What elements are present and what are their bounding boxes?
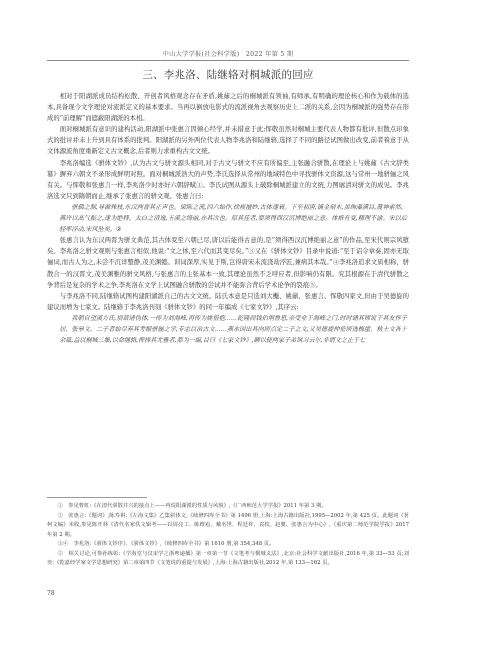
block-quote: 我朝自望溪方氏,别裁诸伪体,一传为刘海峰,再传为姚惜抱……乾隆间钱伯坰鲁思,亲受…: [47, 313, 409, 346]
footnote: ② 张惠言:《题词》,陈寿祺:《左海文集》乙集骈体文,《续修四库全书》第 149…: [47, 512, 409, 541]
block-quote: 骈偶之制,导源殊枝,东汉两晋其正声也。梁陈之流,四六始作,徐庾擅妙,古体遂衰。下…: [47, 202, 409, 235]
section-title: 三、李兆洛、陆继辂对桐城派的回应: [47, 67, 409, 82]
footnote: ③④ 李兆洛:《骈体文钞序》、《骈体文钞》,《续修四库全书》第 1610 册,第…: [47, 540, 409, 550]
paragraph: 与李兆洛不同,陆继辂试图构建阳湖派自己的古文文统。陆氏本意是只选刘大櫆、姚鼐、张…: [47, 291, 409, 313]
footnote: ⑤ 相关讨论,可参孙栋彰:《学海堂与汉宋学之浙粤递播》第一章第一节《文笔考与桐城…: [47, 550, 409, 569]
paragraph: 张惠言认为东汉两晋为骈文典范,其古体变至六朝已尽,唐以后能得古意的,是“须得西汉…: [47, 235, 409, 290]
footnote: ① 参见曹虹:《在清代骈散并兴的接点上——再说阳湖派的性质与风貌》,《广西师范大…: [47, 502, 409, 512]
footnote-rule: [47, 497, 147, 498]
header-rule: [47, 60, 409, 61]
page-number: 78: [47, 590, 55, 597]
paragraph: 李兆洛编选《骈体文钞》,认为古文与骈文源头相同,对于古文与骈文不应有所偏至,主张…: [47, 158, 409, 202]
body-text: 相对于阳湖派成员结构松散、开创者风格观念存在矛盾,姚鼐之后的桐城派有领袖,有师承…: [47, 91, 409, 346]
running-header: 中山大学学报(社会科学版) 2022 年第 5 期: [47, 49, 409, 58]
footnotes: ① 参见曹虹:《在清代骈散并兴的接点上——再说阳湖派的性质与风貌》,《广西师范大…: [47, 502, 409, 569]
paragraph: 面对桐城派有意识的建构活动,阳湖派中张惠言因倾心经学,并未措意于此;恽敬虽然对桐…: [47, 124, 409, 157]
paragraph: 相对于阳湖派成员结构松散、开创者风格观念存在矛盾,姚鼐之后的桐城派有领袖,有师承…: [47, 91, 409, 124]
